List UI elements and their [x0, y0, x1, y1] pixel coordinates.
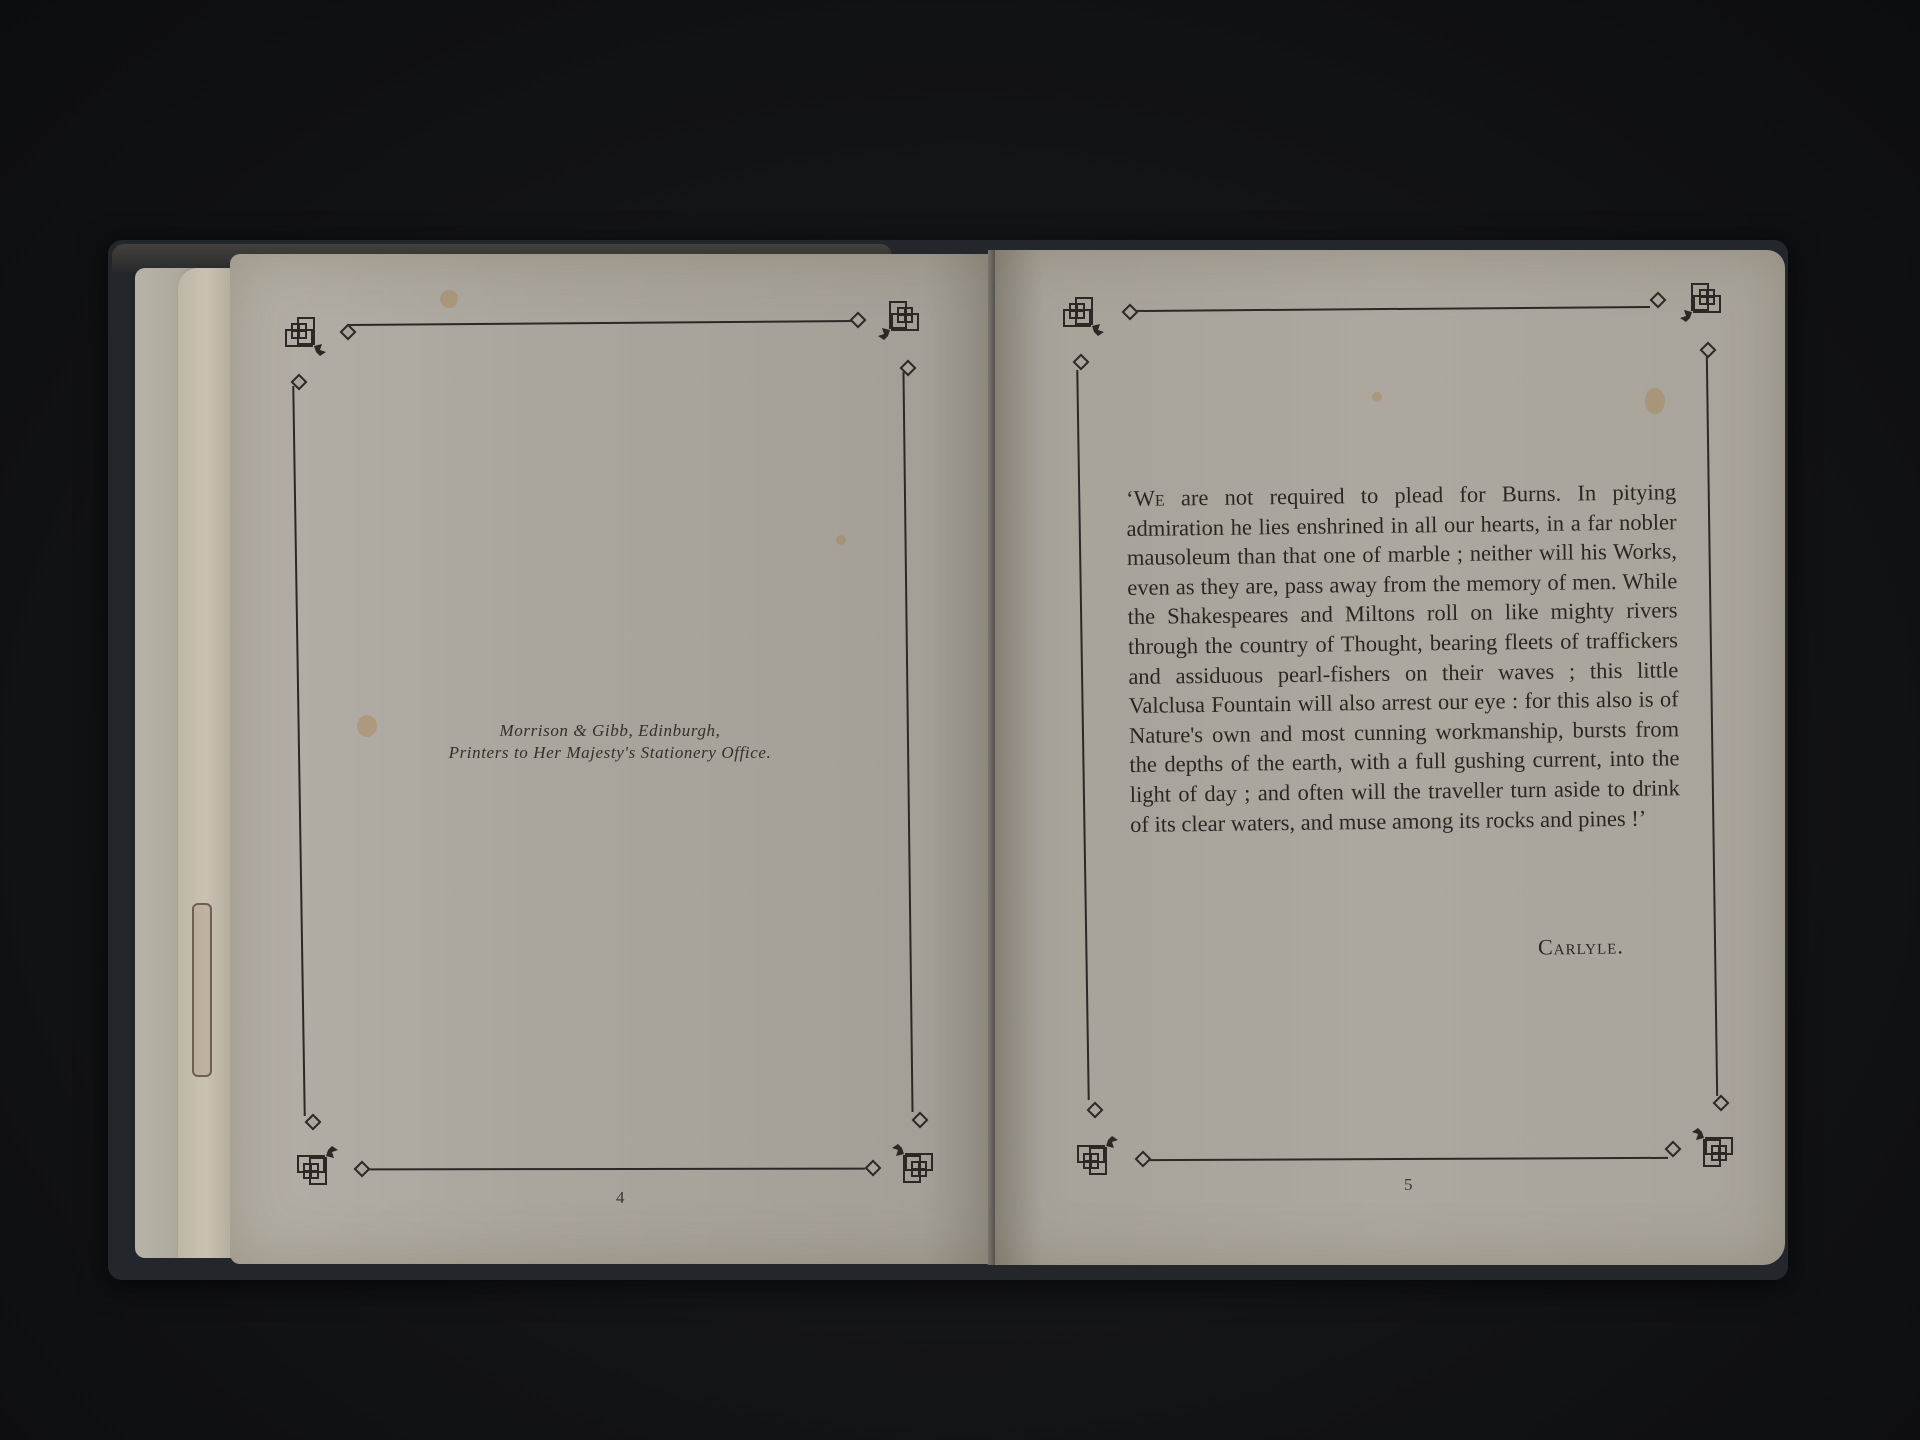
torn-flyleaf-strip — [178, 268, 234, 1258]
imprint-line-2: Printers to Her Majesty's Stationery Off… — [380, 742, 840, 764]
celtic-knot-corner-icon — [890, 1140, 934, 1184]
celtic-knot-corner-icon — [1678, 282, 1722, 326]
celtic-knot-corner-icon — [1062, 296, 1106, 340]
foxing-stain — [440, 290, 458, 308]
page-number-right: 5 — [1404, 1175, 1413, 1195]
celtic-knot-corner-icon — [296, 1142, 340, 1186]
celtic-knot-corner-icon — [284, 316, 328, 360]
tab-mark — [192, 903, 212, 1077]
foxing-stain — [1372, 392, 1382, 402]
printer-imprint: Morrison & Gibb, Edinburgh, Printers to … — [380, 720, 840, 764]
foxing-stain — [357, 715, 377, 737]
foxing-stain — [1645, 388, 1665, 414]
quote-body: are not required to plead for Burns. In … — [1126, 479, 1680, 836]
quote-first-word: We — [1134, 486, 1165, 511]
celtic-knot-corner-icon — [1076, 1132, 1120, 1176]
page-number-left: 4 — [616, 1188, 625, 1208]
imprint-line-1: Morrison & Gibb, Edinburgh, — [380, 720, 840, 742]
quote-attribution: Carlyle. — [1538, 933, 1624, 960]
carlyle-quote: ‘We are not required to plead for Burns.… — [1126, 477, 1680, 839]
foxing-stain — [836, 535, 846, 545]
celtic-knot-corner-icon — [1690, 1124, 1734, 1168]
celtic-knot-corner-icon — [876, 300, 920, 344]
